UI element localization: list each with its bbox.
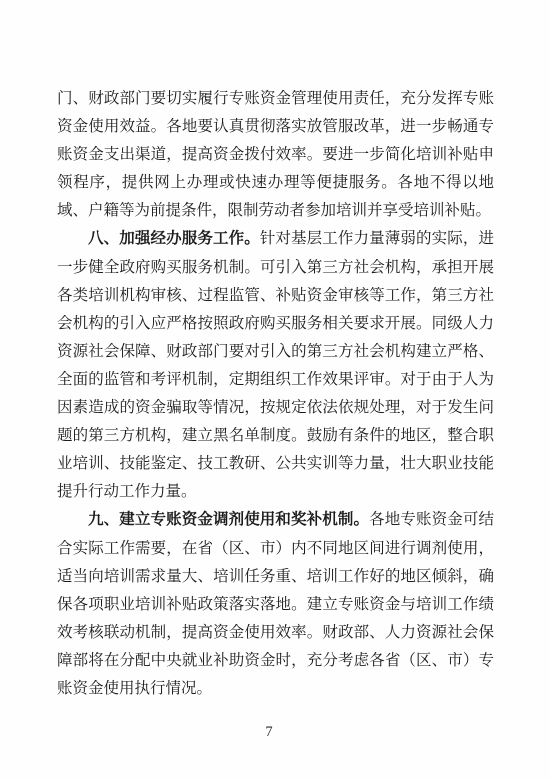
- document-page: 门、财政部门要切实履行专账资金管理使用责任，充分发挥专账资金使用效益。各地要认真…: [0, 0, 550, 780]
- paragraph-text: 针对基层工作力量薄弱的实际，进一步健全政府购买服务机制。可引入第三方社会机构，承…: [57, 230, 494, 500]
- document-body: 门、财政部门要切实履行专账资金管理使用责任，充分发挥专账资金使用效益。各地要认真…: [57, 85, 494, 703]
- section-heading: 八、加强经办服务工作。: [88, 230, 260, 247]
- paragraph: 八、加强经办服务工作。针对基层工作力量薄弱的实际，进一步健全政府购买服务机制。可…: [57, 225, 494, 506]
- page-number: 7: [0, 722, 538, 742]
- paragraph-text: 各地专账资金可结合实际工作需要，在省（区、市）内不同地区间进行调剂使用，适当向培…: [57, 511, 494, 697]
- paragraph: 九、建立专账资金调剂使用和奖补机制。各地专账资金可结合实际工作需要，在省（区、市…: [57, 506, 494, 703]
- section-heading: 九、建立专账资金调剂使用和奖补机制。: [88, 511, 369, 528]
- paragraph-text: 门、财政部门要切实履行专账资金管理使用责任，充分发挥专账资金使用效益。各地要认真…: [57, 90, 494, 219]
- paragraph: 门、财政部门要切实履行专账资金管理使用责任，充分发挥专账资金使用效益。各地要认真…: [57, 85, 494, 225]
